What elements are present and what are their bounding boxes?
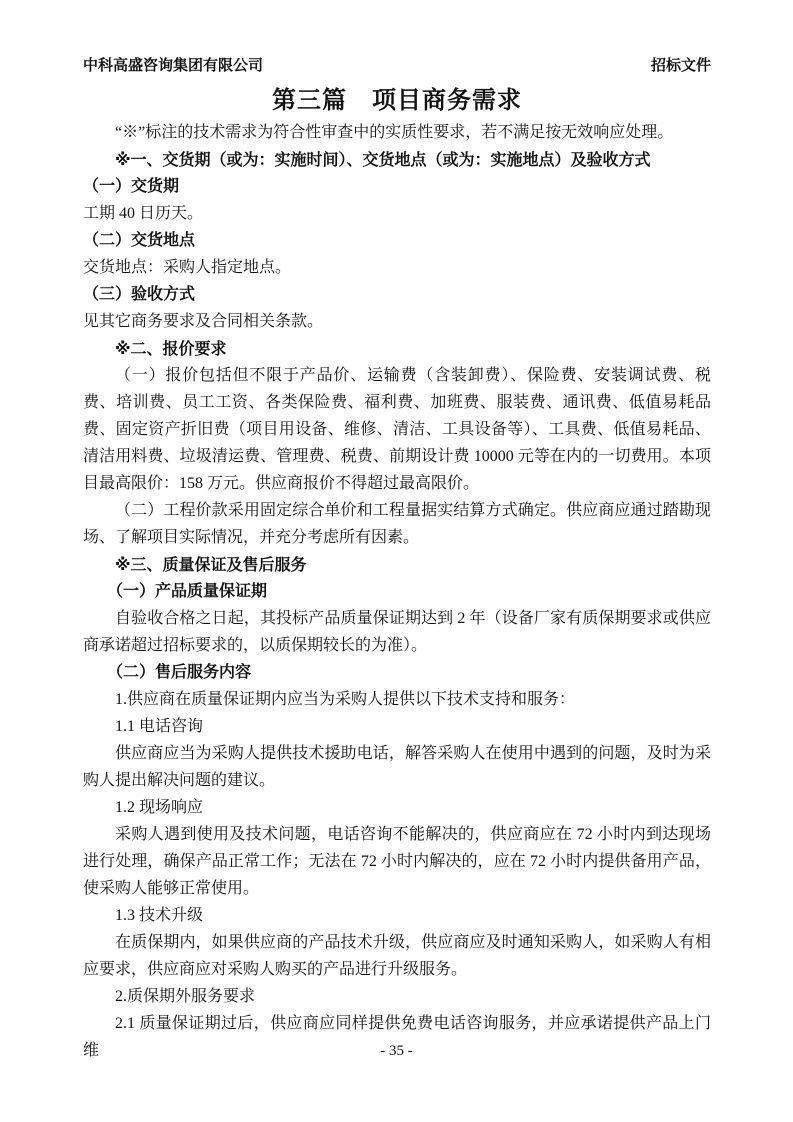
- page-header: 中科高盛咨询集团有限公司 招标文件: [83, 56, 711, 76]
- subsection-heading: （三）验收方式: [83, 281, 711, 308]
- subsection-heading: （二）售后服务内容: [83, 659, 711, 686]
- paragraph: （二）工程价款采用固定综合单价和工程量据实结算方式确定。供应商应通过踏勘现场、了…: [83, 497, 711, 551]
- section-heading: ※二、报价要求: [83, 335, 711, 362]
- subsection-heading: （二）交货地点: [83, 227, 711, 254]
- section-heading: ※一、交货期（或为：实施时间）、交货地点（或为：实施地点）及验收方式: [83, 146, 711, 173]
- section-heading: ※三、质量保证及售后服务: [83, 551, 711, 578]
- header-doc-type: 招标文件: [651, 56, 711, 76]
- paragraph: 供应商应当为采购人提供技术援助电话，解答采购人在使用中遇到的问题，及时为采购人提…: [83, 740, 711, 794]
- numbered-paragraph: 1.1 电话咨询: [83, 713, 711, 740]
- subsection-heading: （一）产品质量保证期: [83, 578, 711, 605]
- paragraph: 在质保期内，如果供应商的产品技术升级，供应商应及时通知采购人，如采购人有相应要求…: [83, 929, 711, 983]
- subsection-heading: （一）交货期: [83, 173, 711, 200]
- numbered-paragraph: 2.质保期外服务要求: [83, 983, 711, 1010]
- paragraph: 自验收合格之日起，其投标产品质量保证期达到 2 年（设备厂家有质保期要求或供应商…: [83, 605, 711, 659]
- paragraph: 工期 40 日历天。: [83, 200, 711, 227]
- page-number: - 35 -: [0, 1042, 793, 1060]
- paragraph: 交货地点：采购人指定地点。: [83, 254, 711, 281]
- numbered-paragraph: 1.3 技术升级: [83, 902, 711, 929]
- document-page: 中科高盛咨询集团有限公司 招标文件 第三篇 项目商务需求 “※”标注的技术需求为…: [0, 0, 793, 1122]
- numbered-paragraph: 1.2 现场响应: [83, 794, 711, 821]
- header-company-name: 中科高盛咨询集团有限公司: [83, 56, 263, 76]
- paragraph: （一）报价包括但不限于产品价、运输费（含装卸费）、保险费、安装调试费、税费、培训…: [83, 362, 711, 497]
- document-title: 第三篇 项目商务需求: [83, 85, 711, 115]
- paragraph: “※”标注的技术需求为符合性审查中的实质性要求，若不满足按无效响应处理。: [83, 119, 711, 146]
- document-body: “※”标注的技术需求为符合性审查中的实质性要求，若不满足按无效响应处理。※一、交…: [83, 119, 711, 1064]
- paragraph: 见其它商务要求及合同相关条款。: [83, 308, 711, 335]
- paragraph: 采购人遇到使用及技术问题，电话咨询不能解决的，供应商应在 72 小时内到达现场进…: [83, 821, 711, 902]
- numbered-paragraph: 1.供应商在质量保证期内应当为采购人提供以下技术支持和服务：: [83, 686, 711, 713]
